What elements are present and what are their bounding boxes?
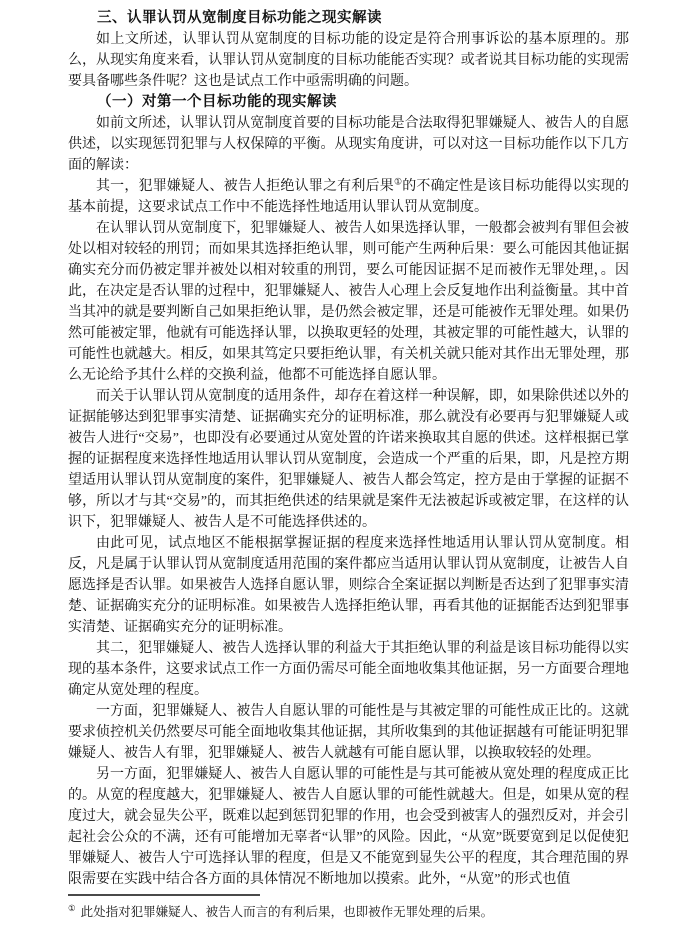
paragraph: 在认罪认罚从宽制度下，犯罪嫌疑人、被告人如果选择认罪，一般都会被判有罪但会被处以… bbox=[68, 218, 629, 386]
footnote-text: 此处指对犯罪嫌疑人、被告人而言的有利后果，也即被作无罪处理的后果。 bbox=[81, 905, 494, 919]
footnote-marker: ① bbox=[68, 903, 76, 913]
footnote-section: ①此处指对犯罪嫌疑人、被告人而言的有利后果，也即被作无罪处理的后果。 bbox=[68, 894, 629, 921]
heading2: （一）对第一个目标功能的现实解读 bbox=[68, 92, 629, 113]
paragraph: 而关于认罪认罚从宽制度的适用条件，却存在着这样一种误解，即，如果除供述以外的证据… bbox=[68, 386, 629, 533]
paragraph: 一方面，犯罪嫌疑人、被告人自愿认罪的可能性是与其被定罪的可能性成正比的。这就要求… bbox=[68, 701, 629, 764]
footnote-divider bbox=[68, 894, 260, 896]
paragraph: 如前文所述，认罪认罚从宽制度首要的目标功能是合法取得犯罪嫌疑人、被告人的自愿供述… bbox=[68, 113, 629, 176]
paragraph: 其二，犯罪嫌疑人、被告人选择认罪的利益大于其拒绝认罪的利益是该目标功能得以实现的… bbox=[68, 638, 629, 701]
document-page: 三、认罪认罚从宽制度目标功能之现实解读如上文所述，认罪认罚从宽制度的目标功能的设… bbox=[0, 0, 700, 943]
paragraph: 如上文所述，认罪认罚从宽制度的目标功能的设定是符合刑事诉讼的基本原理的。那么，从… bbox=[68, 29, 629, 92]
paragraph: 由此可见，试点地区不能根据掌握证据的程度来选择性地适用认罪认罚从宽制度。相反，凡… bbox=[68, 533, 629, 638]
document-body: 三、认罪认罚从宽制度目标功能之现实解读如上文所述，认罪认罚从宽制度的目标功能的设… bbox=[68, 8, 629, 890]
paragraph: 其一，犯罪嫌疑人、被告人拒绝认罪之有利后果①的不确定性是该目标功能得以实现的基本… bbox=[68, 176, 629, 218]
footnote-ref-marker: ① bbox=[394, 176, 402, 186]
footnote: ①此处指对犯罪嫌疑人、被告人而言的有利后果，也即被作无罪处理的后果。 bbox=[68, 904, 629, 921]
paragraph: 另一方面，犯罪嫌疑人、被告人自愿认罪的可能性是与其可能被从宽处理的程度成正比的。… bbox=[68, 764, 629, 890]
heading1: 三、认罪认罚从宽制度目标功能之现实解读 bbox=[68, 8, 629, 29]
